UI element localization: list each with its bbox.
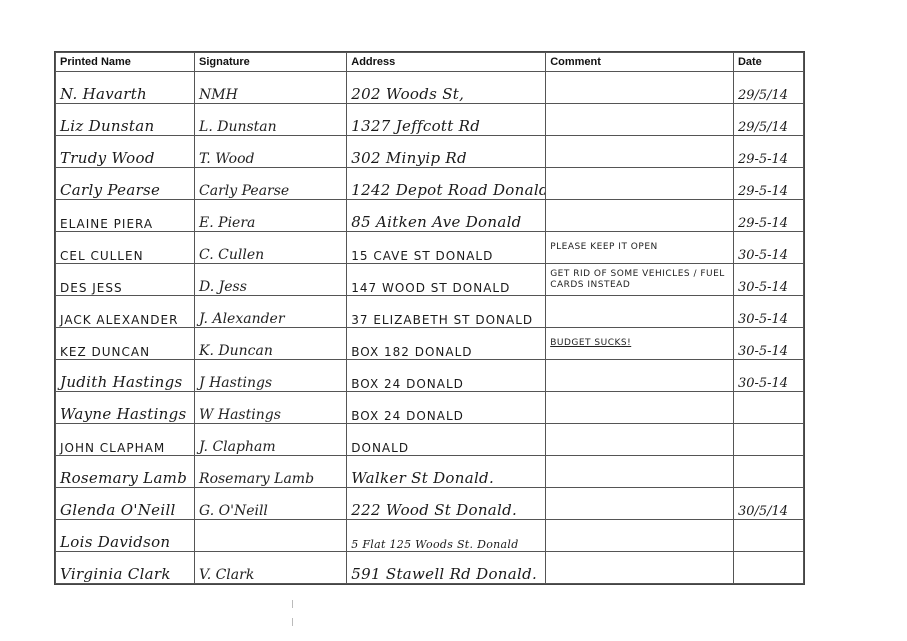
address-cell: 1327 Jeffcott Rd [347,104,546,136]
signature-cell [195,520,347,552]
printed-name-cell: Lois Davidson [56,520,195,552]
table-body: N. HavarthNMH202 Woods St,29/5/14Liz Dun… [56,72,804,584]
signature-cell: J. Clapham [195,424,347,456]
address-cell: 302 Minyip Rd [347,136,546,168]
table-row: JOHN CLAPHAMJ. ClaphamDONALD [56,424,804,456]
address-cell: BOX 24 DONALD [347,360,546,392]
signature-cell: Carly Pearse [195,168,347,200]
comment-cell [546,168,734,200]
signup-sheet: Printed Name Signature Address Comment D… [54,51,805,585]
comment-cell [546,296,734,328]
signature-cell: T. Wood [195,136,347,168]
date-cell: 29/5/14 [733,104,803,136]
date-cell: 29-5-14 [733,136,803,168]
printed-name-cell: Glenda O'Neill [56,488,195,520]
table-row: Judith HastingsJ HastingsBOX 24 DONALD30… [56,360,804,392]
signature-cell: Rosemary Lamb [195,456,347,488]
comment-cell [546,72,734,104]
table-row: Carly PearseCarly Pearse1242 Depot Road … [56,168,804,200]
date-cell: 30-5-14 [733,232,803,264]
comment-cell: GET RID OF SOME VEHICLES / FUEL CARDS IN… [546,264,734,296]
date-cell [733,520,803,552]
date-cell: 30-5-14 [733,296,803,328]
comment-cell [546,520,734,552]
comment-cell [546,488,734,520]
signature-cell: W Hastings [195,392,347,424]
comment-cell: PLEASE KEEP IT OPEN [546,232,734,264]
date-cell [733,552,803,584]
address-cell: 147 WOOD ST DONALD [347,264,546,296]
printed-name-cell: Judith Hastings [56,360,195,392]
printed-name-cell: ELAINE PIERA [56,200,195,232]
address-cell: 85 Aitken Ave Donald [347,200,546,232]
signature-cell: C. Cullen [195,232,347,264]
date-cell [733,456,803,488]
printed-name-cell: Virginia Clark [56,552,195,584]
comment-cell: BUDGET SUCKS! [546,328,734,360]
signature-cell: L. Dunstan [195,104,347,136]
address-cell: 5 Flat 125 Woods St. Donald [347,520,546,552]
date-cell: 30-5-14 [733,264,803,296]
date-cell: 30-5-14 [733,328,803,360]
printed-name-cell: Trudy Wood [56,136,195,168]
comment-cell [546,200,734,232]
address-cell: 202 Woods St, [347,72,546,104]
printed-name-cell: N. Havarth [56,72,195,104]
signature-cell: J. Alexander [195,296,347,328]
table-row: CEL CULLENC. Cullen15 CAVE ST DONALDPLEA… [56,232,804,264]
printed-name-cell: KEZ DUNCAN [56,328,195,360]
signature-cell: D. Jess [195,264,347,296]
table-row: Lois Davidson5 Flat 125 Woods St. Donald [56,520,804,552]
header-signature: Signature [195,53,347,72]
table-row: KEZ DUNCANK. DuncanBOX 182 DONALDBUDGET … [56,328,804,360]
header-address: Address [347,53,546,72]
table-row: Glenda O'NeillG. O'Neill222 Wood St Dona… [56,488,804,520]
table-row: Rosemary LambRosemary LambWalker St Dona… [56,456,804,488]
date-cell: 30-5-14 [733,360,803,392]
table-row: Trudy WoodT. Wood302 Minyip Rd29-5-14 [56,136,804,168]
comment-cell [546,392,734,424]
date-cell: 29-5-14 [733,168,803,200]
signature-cell: NMH [195,72,347,104]
printed-name-cell: JOHN CLAPHAM [56,424,195,456]
table-row: N. HavarthNMH202 Woods St,29/5/14 [56,72,804,104]
scan-mark [292,600,293,608]
date-cell [733,392,803,424]
header-row: Printed Name Signature Address Comment D… [56,53,804,72]
signature-cell: E. Piera [195,200,347,232]
table-row: ELAINE PIERAE. Piera85 Aitken Ave Donald… [56,200,804,232]
comment-cell [546,424,734,456]
printed-name-cell: Carly Pearse [56,168,195,200]
address-cell: BOX 24 DONALD [347,392,546,424]
printed-name-cell: DES JESS [56,264,195,296]
signature-cell: G. O'Neill [195,488,347,520]
address-cell: DONALD [347,424,546,456]
printed-name-cell: JACK ALEXANDER [56,296,195,328]
printed-name-cell: Wayne Hastings [56,392,195,424]
address-cell: 591 Stawell Rd Donald. [347,552,546,584]
comment-cell [546,456,734,488]
printed-name-cell: Liz Dunstan [56,104,195,136]
address-cell: 1242 Depot Road Donald. [347,168,546,200]
table-row: Virginia ClarkV. Clark591 Stawell Rd Don… [56,552,804,584]
address-cell: Walker St Donald. [347,456,546,488]
signature-cell: V. Clark [195,552,347,584]
table-row: DES JESSD. Jess147 WOOD ST DONALDGET RID… [56,264,804,296]
date-cell [733,424,803,456]
petition-table: Printed Name Signature Address Comment D… [55,52,804,584]
date-cell: 30/5/14 [733,488,803,520]
address-cell: 37 ELIZABETH ST DONALD [347,296,546,328]
comment-cell [546,104,734,136]
date-cell: 29/5/14 [733,72,803,104]
header-comment: Comment [546,53,734,72]
table-row: Liz DunstanL. Dunstan1327 Jeffcott Rd29/… [56,104,804,136]
table-row: Wayne HastingsW HastingsBOX 24 DONALD [56,392,804,424]
table-row: JACK ALEXANDERJ. Alexander37 ELIZABETH S… [56,296,804,328]
signature-cell: J Hastings [195,360,347,392]
header-date: Date [733,53,803,72]
printed-name-cell: Rosemary Lamb [56,456,195,488]
address-cell: 15 CAVE ST DONALD [347,232,546,264]
date-cell: 29-5-14 [733,200,803,232]
signature-cell: K. Duncan [195,328,347,360]
printed-name-cell: CEL CULLEN [56,232,195,264]
comment-cell [546,360,734,392]
comment-cell [546,552,734,584]
address-cell: BOX 182 DONALD [347,328,546,360]
scan-mark [292,618,293,626]
address-cell: 222 Wood St Donald. [347,488,546,520]
header-printed-name: Printed Name [56,53,195,72]
comment-cell [546,136,734,168]
